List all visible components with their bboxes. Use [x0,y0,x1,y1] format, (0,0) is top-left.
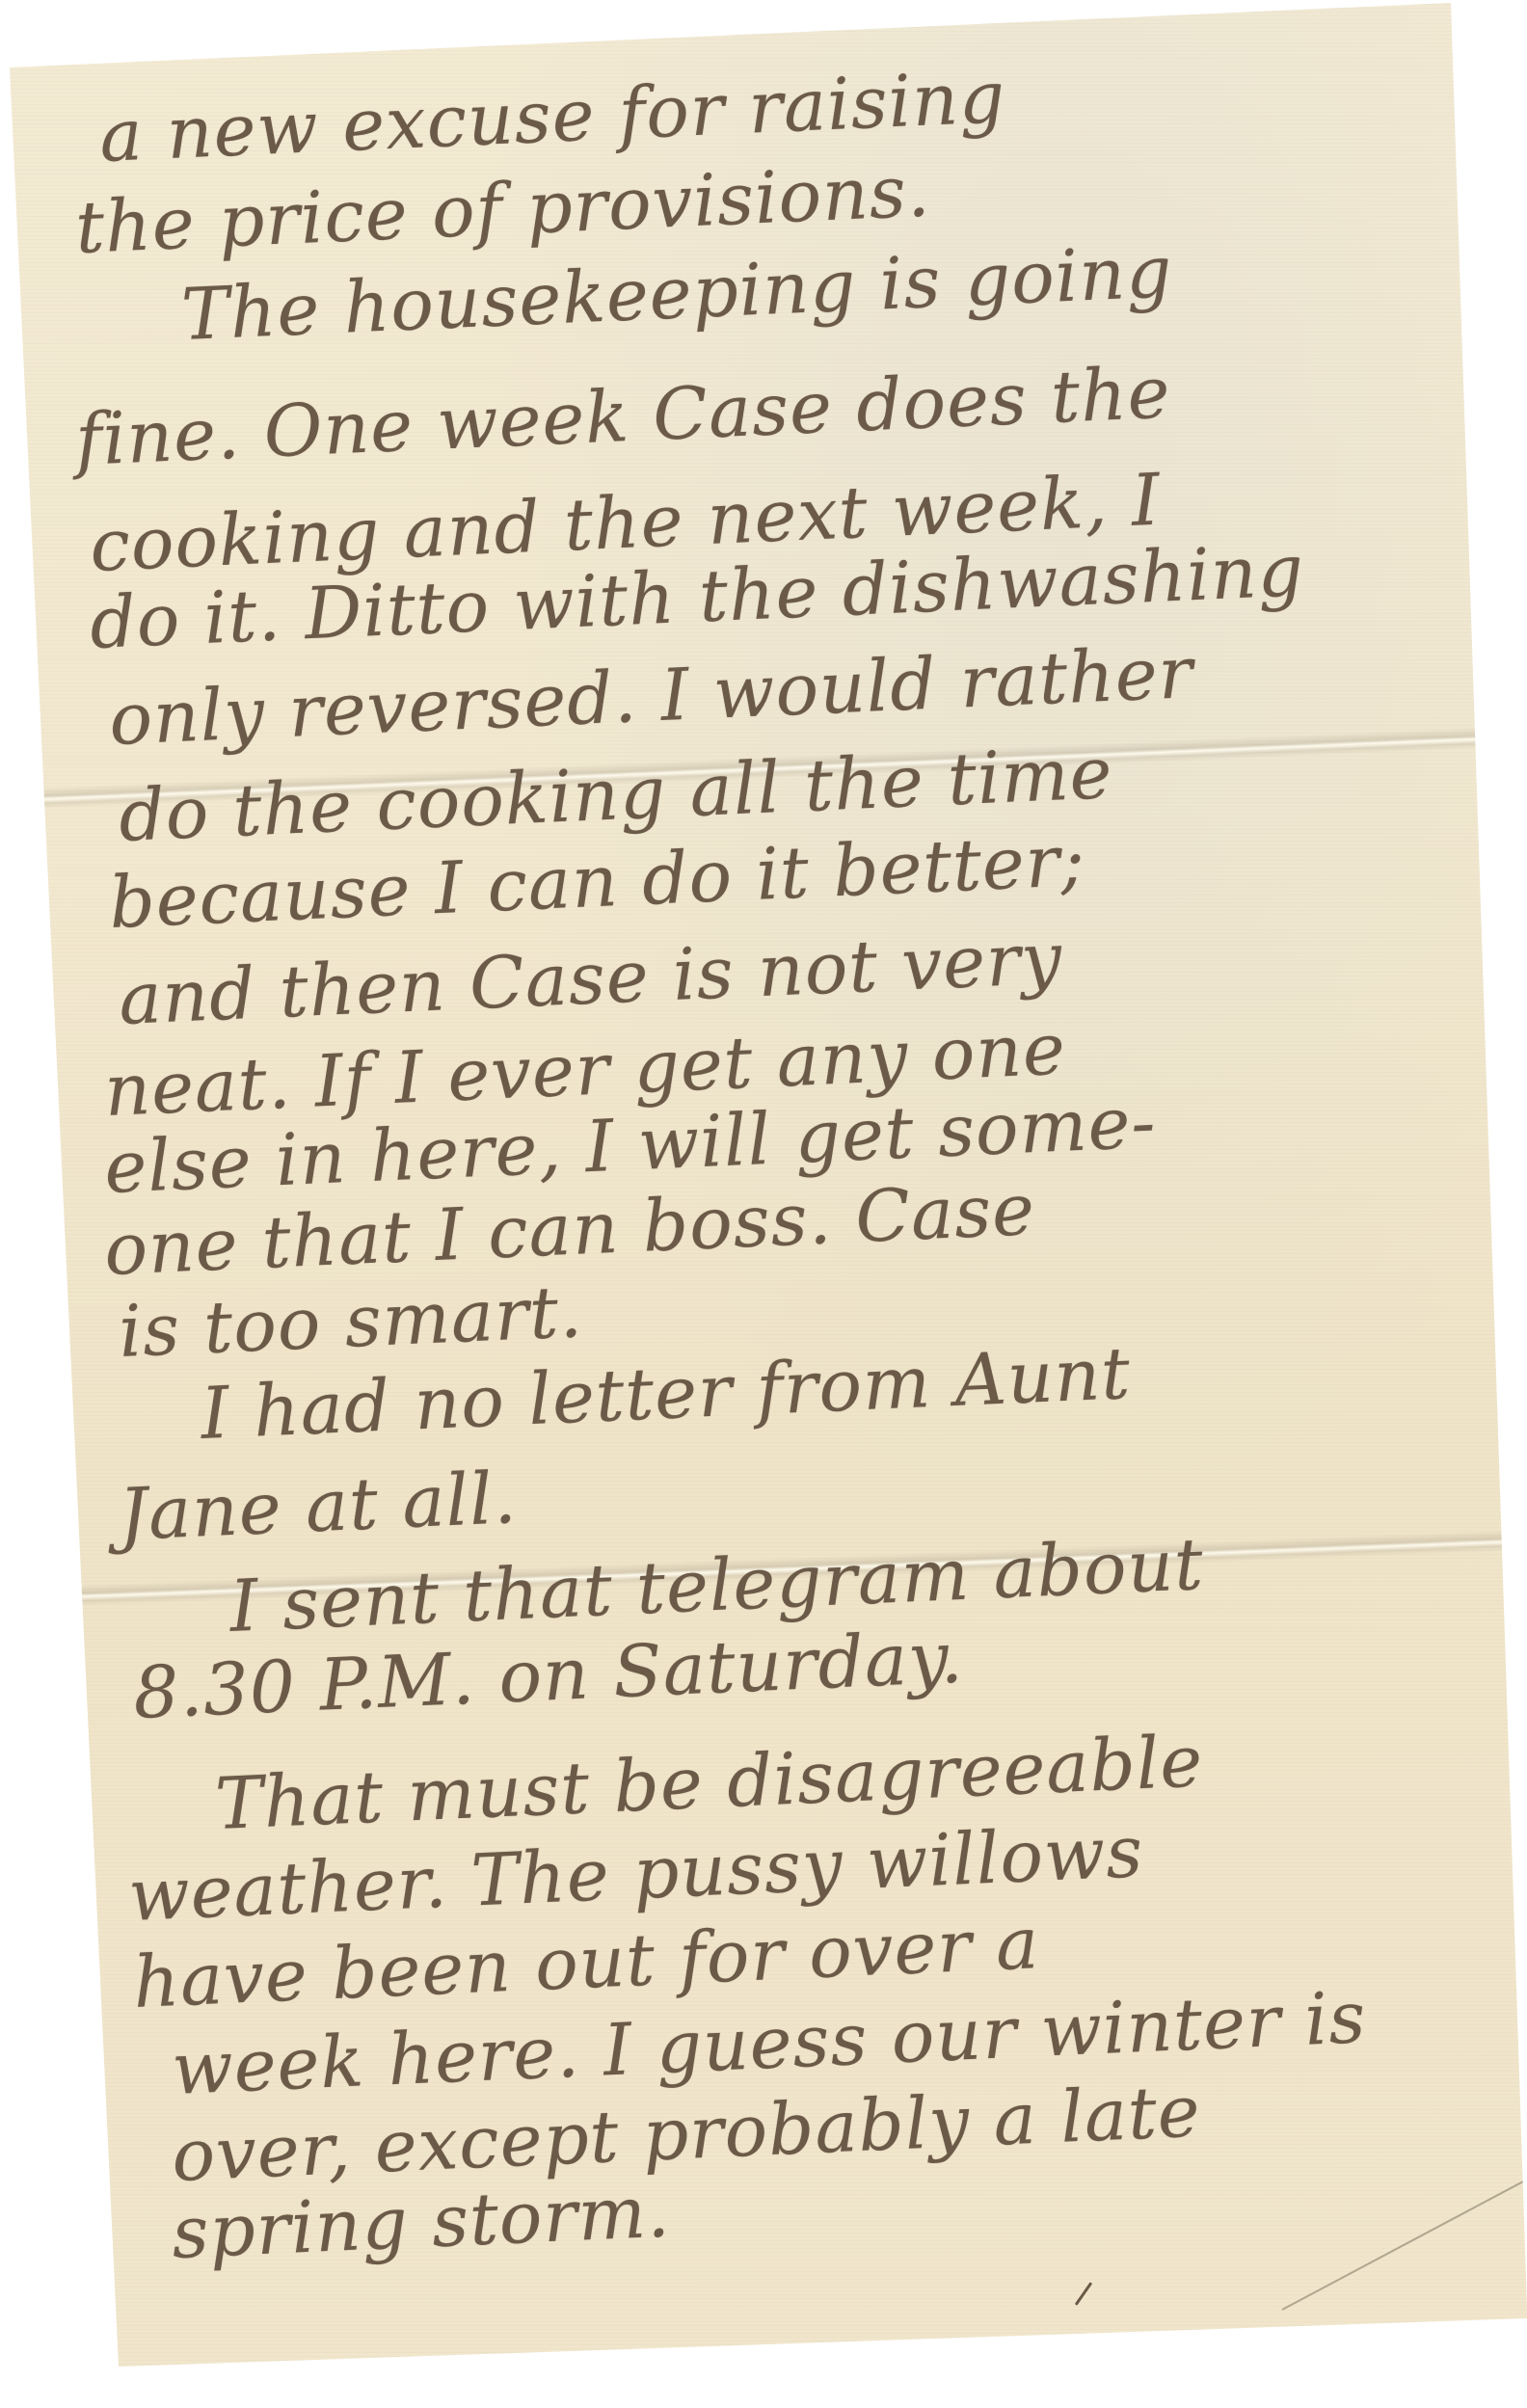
letter-line: I sent that telegram about [228,1529,1205,1643]
letter-line: is too smart. [118,1276,584,1368]
letter-line: Jane at all. [118,1462,519,1551]
corner-crease [1282,2169,1527,2311]
letter-line: fine. One week Case does the [74,357,1172,476]
letter-line: spring storm. [171,2177,672,2269]
letter-paper: a new excuse for raising the price of pr… [0,0,1527,2408]
page-number-mark [1075,2282,1093,2306]
